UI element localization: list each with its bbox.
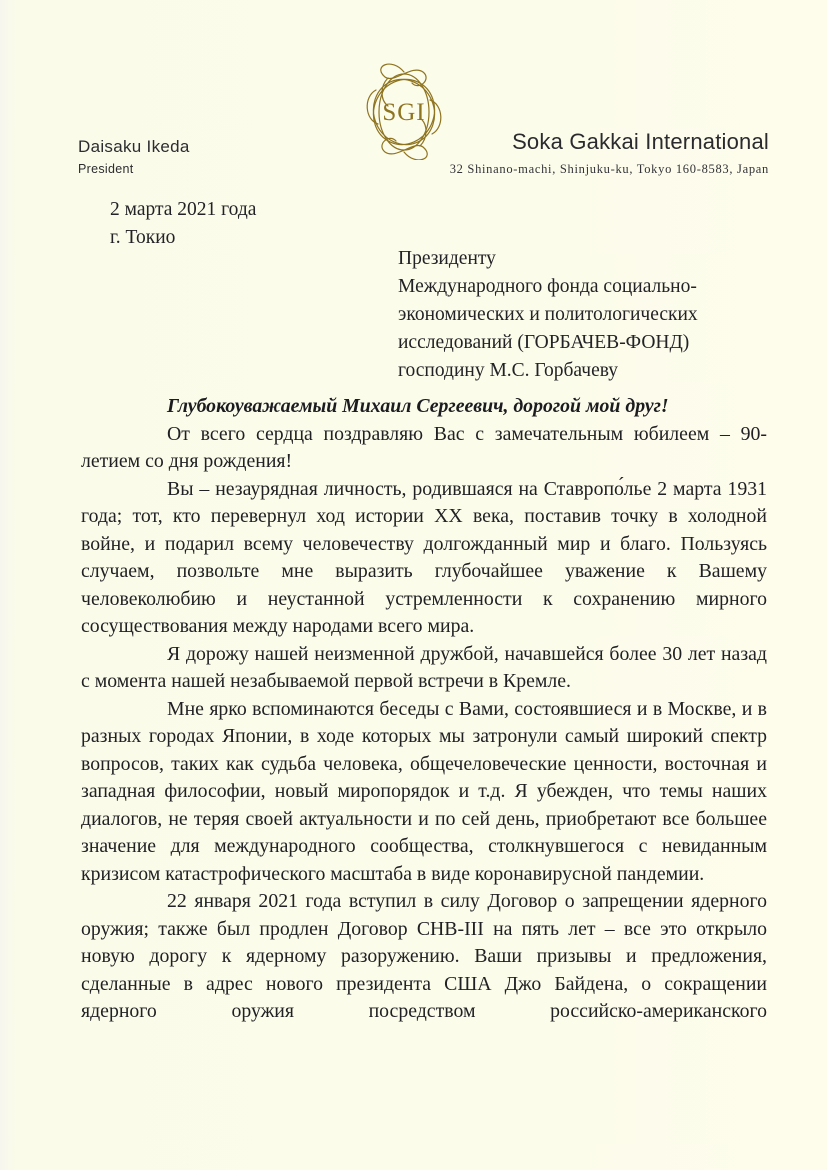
paragraph: Я дорожу нашей неизменной дружбой, начав…: [81, 641, 767, 696]
paragraph: 22 января 2021 года вступил в силу Догов…: [81, 888, 767, 1026]
letter-body: Глубокоуважаемый Михаил Сергеевич, дорог…: [81, 393, 767, 1026]
letter-date: 2 марта 2021 года: [110, 196, 256, 224]
sgi-monogram-text: SGI: [382, 99, 425, 126]
paragraph: От всего сердца поздравляю Вас с замечат…: [81, 421, 767, 476]
salutation: Глубокоуважаемый Михаил Сергеевич, дорог…: [81, 393, 767, 421]
sender-name: Daisaku Ikeda: [78, 137, 190, 157]
letter-place: г. Токио: [110, 224, 256, 252]
letter-page: Daisaku Ikeda President SGI Soka Gakkai …: [0, 0, 827, 1170]
addressee-line: экономических и политологических: [398, 301, 698, 329]
addressee-line: господину М.С. Горбачеву: [398, 357, 698, 385]
addressee-line: Президенту: [398, 245, 698, 273]
paragraph: Вы – незаурядная личность, родившаяся на…: [81, 476, 767, 641]
addressee-line: Международного фонда социально-: [398, 273, 698, 301]
sender-title: President: [78, 162, 190, 176]
addressee-line: исследований (ГОРБАЧЕВ-ФОНД): [398, 329, 698, 357]
organization-address: 32 Shinano-machi, Shinjuku-ku, Tokyo 160…: [450, 162, 769, 177]
date-block: 2 марта 2021 года г. Токио: [110, 196, 256, 252]
sgi-monogram-icon: SGI: [358, 60, 450, 160]
paragraph: Мне ярко вспоминаются беседы с Вами, сос…: [81, 696, 767, 889]
organization-block: Soka Gakkai International 32 Shinano-mac…: [450, 129, 769, 177]
addressee-block: Президенту Международного фонда социальн…: [398, 245, 698, 385]
sender-block: Daisaku Ikeda President: [78, 137, 190, 176]
organization-name: Soka Gakkai International: [450, 129, 769, 155]
